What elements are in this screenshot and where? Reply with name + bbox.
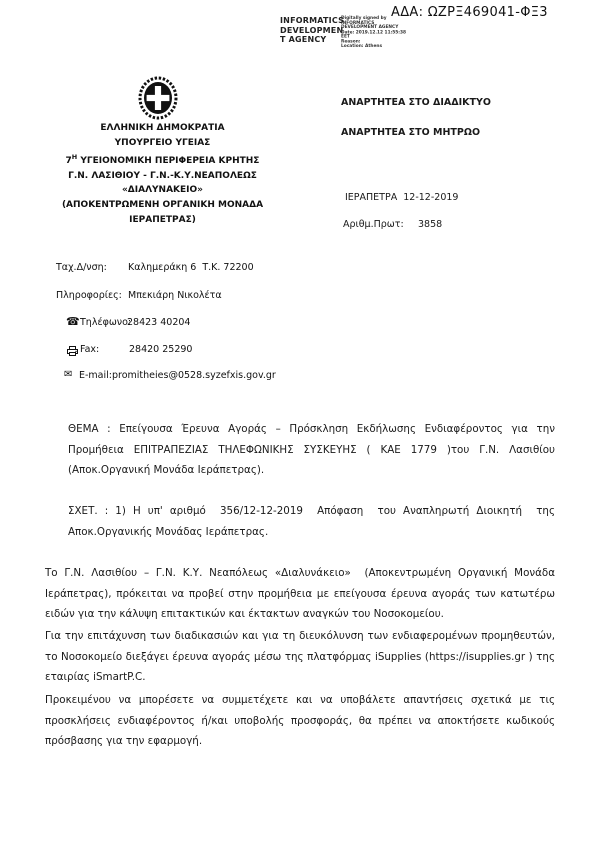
org-line-dialynakeio: «ΔΙΑΛΥΝΑΚΕΙΟ»: [40, 183, 285, 198]
signature-agency-line: T AGENCY: [280, 35, 338, 45]
org-line-unit-2: ΙΕΡΑΠΕΤΡΑΣ): [40, 213, 285, 228]
phone-value: 28423 40204: [127, 317, 190, 328]
posting-registry-note: ΑΝΑΡΤΗΤΕΑ ΣΤΟ ΜΗΤΡΩΟ: [341, 127, 480, 138]
signature-detail-line: Location: Athens: [341, 44, 427, 49]
info-value: Μπεκιάρη Νικολέτα: [128, 290, 222, 301]
org-header: ΕΛΛΗΝΙΚΗ ΔΗΜΟΚΡΑΤΙΑ ΥΠΟΥΡΓΕΙΟ ΥΓΕΙΑΣ 7Η …: [40, 121, 285, 227]
place-date: ΙΕΡΑΠΕΤΡΑ 12-12-2019: [345, 192, 458, 203]
digital-signature-stamp: INFORMATICS DEVELOPMEN T AGENCY Digitall…: [280, 16, 461, 62]
document-page: ΑΔΑ: ΩΖΡΞ469041-ΦΞ3 INFORMATICS DEVELOPM…: [0, 0, 595, 842]
protocol-number-value: 3858: [418, 219, 442, 230]
fax-icon: [67, 346, 78, 359]
info-label: Πληροφορίες:: [56, 290, 122, 301]
fax-value: 28420 25290: [129, 344, 192, 355]
address-label: Ταχ.Δ/νση:: [56, 262, 107, 273]
org-line-region: 7Η ΥΓΕΙΟΝΟΜΙΚΗ ΠΕΡΙΦΕΡΕΙΑ ΚΡΗΤΗΣ: [40, 150, 285, 169]
org-line-hospital: Γ.Ν. ΛΑΣΙΘΙΟΥ - Γ.Ν.-Κ.Υ.ΝΕΑΠΟΛΕΩΣ: [40, 169, 285, 184]
signature-agency-line: DEVELOPMEN: [280, 26, 338, 36]
greek-coat-of-arms-icon: [138, 76, 178, 124]
signature-agency-line: INFORMATICS: [280, 16, 338, 26]
protocol-number-label: Αριθμ.Πρωτ:: [343, 219, 404, 230]
body-paragraph-3: Προκειμένου να μπορέσετε να συμμετέχετε …: [45, 690, 555, 752]
body-paragraph-1: Το Γ.Ν. Λασιθίου – Γ.Ν. Κ.Υ. Νεαπόλεως «…: [45, 563, 555, 625]
address-value: Καλημεράκη 6 Τ.Κ. 72200: [128, 262, 254, 273]
reference-paragraph: ΣΧΕΤ. : 1) Η υπ' αριθμό 356/12-12-2019 Α…: [68, 501, 555, 542]
signature-agency-name: INFORMATICS DEVELOPMEN T AGENCY: [280, 16, 338, 62]
org-line-unit-1: (ΑΠΟΚΕΝΤΡΩΜΕΝΗ ΟΡΓΑΝΙΚΗ ΜΟΝΑΔΑ: [40, 198, 285, 213]
phone-label: Τηλέφωνο:: [80, 317, 131, 328]
signature-details: Digitally signed by INFORMATICS DEVELOPM…: [341, 16, 427, 49]
org-line-republic: ΕΛΛΗΝΙΚΗ ΔΗΜΟΚΡΑΤΙΑ: [40, 121, 285, 136]
org-line-ministry: ΥΠΟΥΡΓΕΙΟ ΥΓΕΙΑΣ: [40, 136, 285, 151]
posting-web-note: ΑΝΑΡΤΗΤΕΑ ΣΤΟ ΔΙΑΔΙΚΤΥΟ: [341, 97, 491, 108]
fax-label: Fax:: [80, 344, 99, 355]
phone-icon: ☎: [66, 315, 80, 328]
envelope-icon: ✉: [64, 369, 72, 380]
subject-paragraph: ΘΕΜΑ : Επείγουσα Έρευνα Αγοράς – Πρόσκλη…: [68, 419, 555, 481]
email-line: E-mail:promitheies@0528.syzefxis.gov.gr: [79, 370, 276, 381]
body-paragraph-2: Για την επιτάχυνση των διαδικασιών και γ…: [45, 626, 555, 688]
